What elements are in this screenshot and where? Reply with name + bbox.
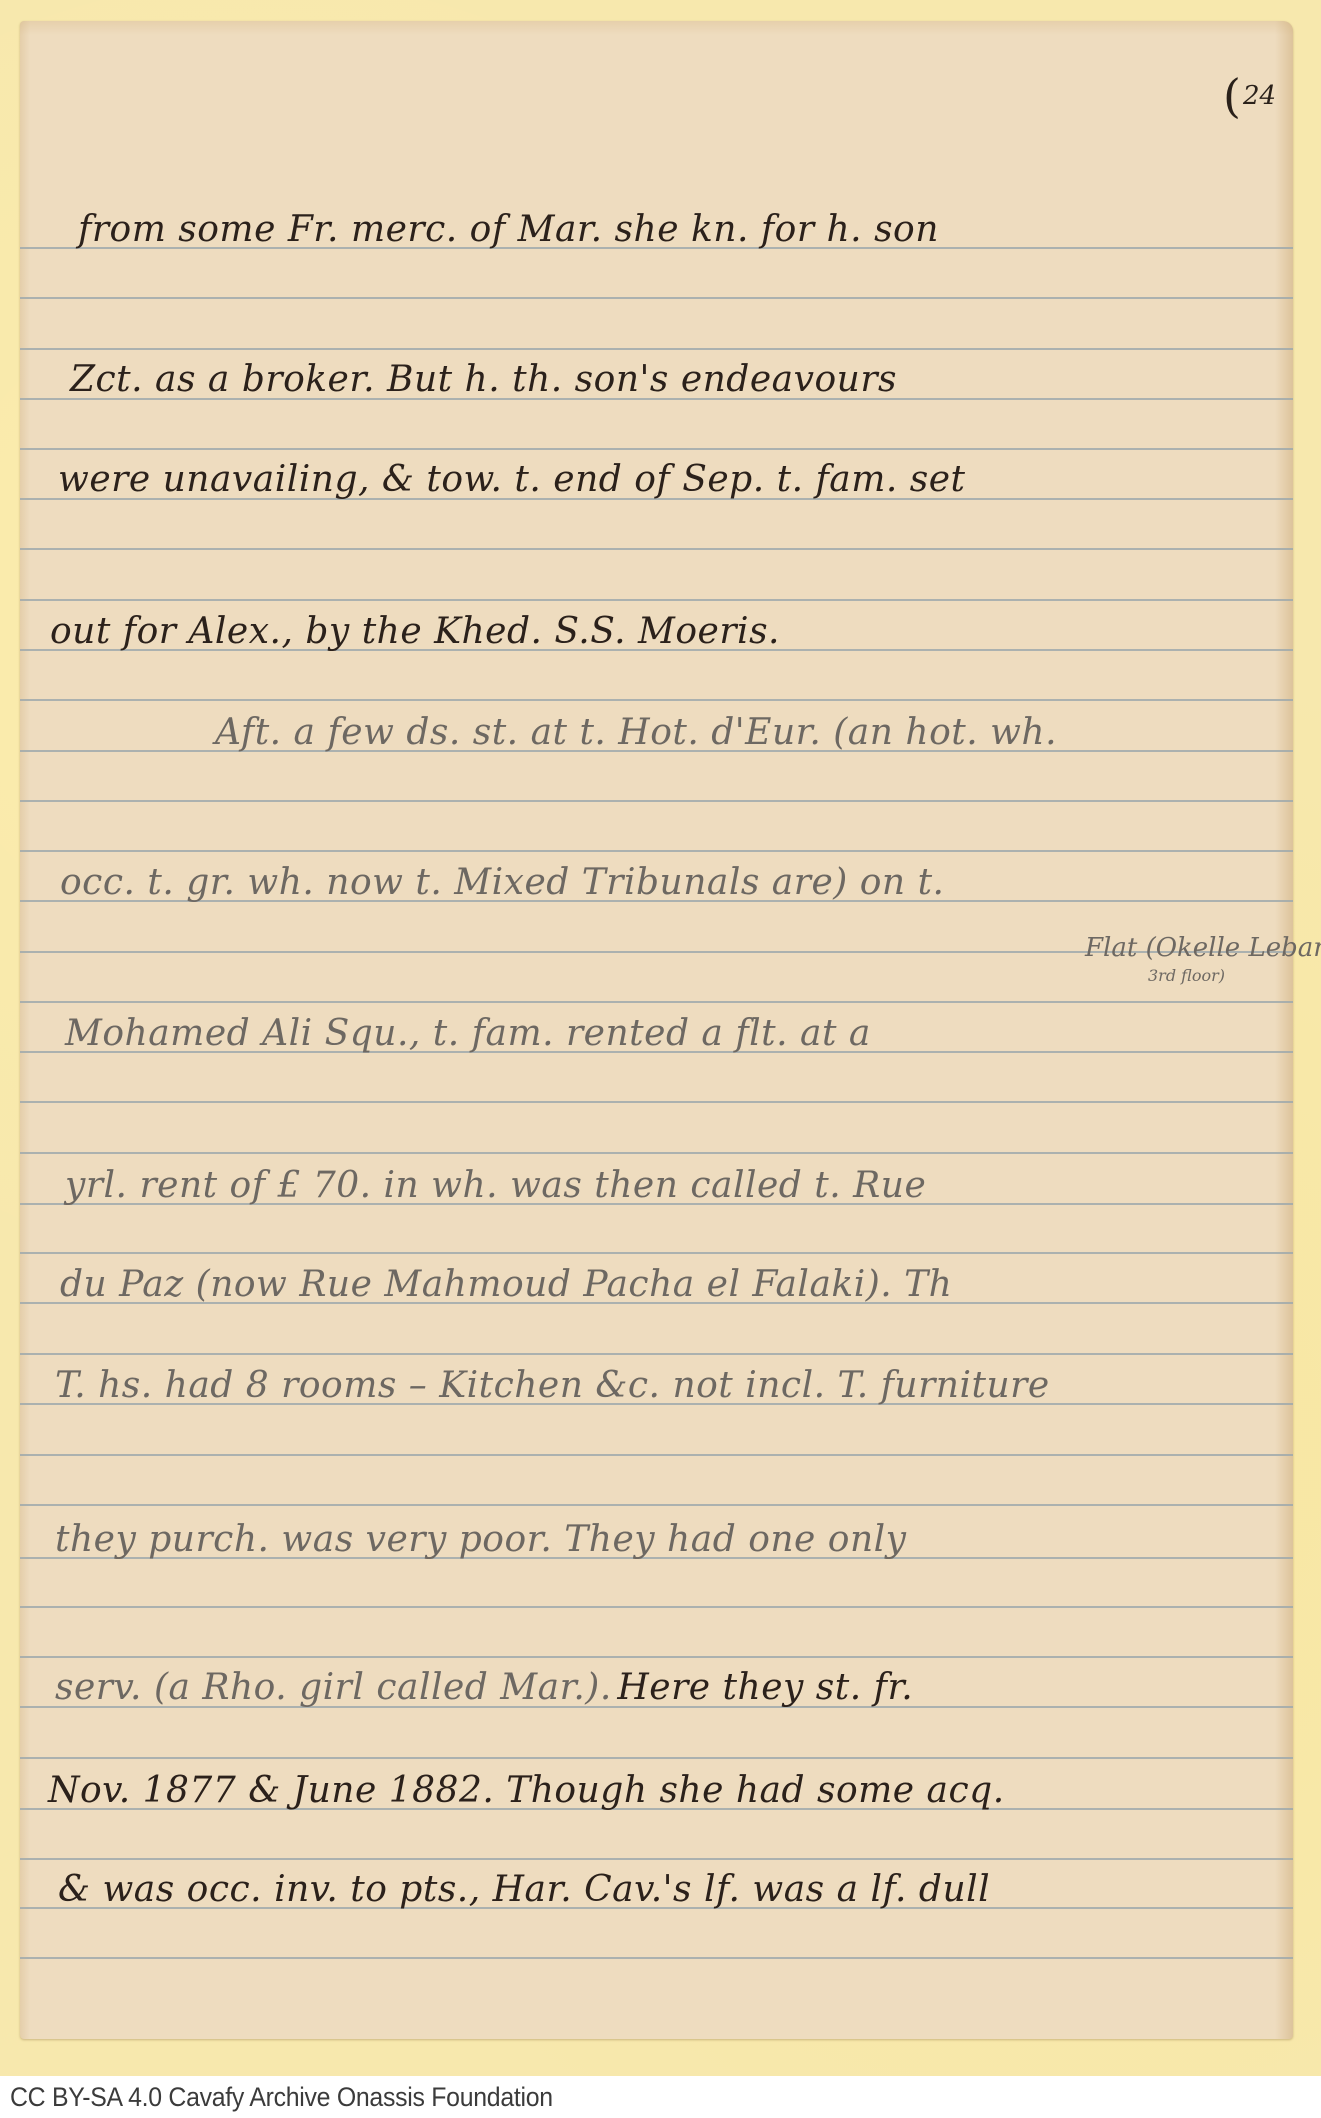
manuscript-line-9: du Paz (now Rue Mahmoud Pacha el Falaki)… <box>60 1264 952 1305</box>
license-credit: CC BY-SA 4.0 Cavafy Archive Onassis Foun… <box>10 2082 553 2113</box>
ruled-line <box>20 1252 1293 1254</box>
ruled-line <box>20 1152 1293 1154</box>
ruled-line <box>20 1957 1293 1959</box>
page-number-bracket-icon: ( <box>1223 69 1241 123</box>
ruled-line <box>20 348 1293 350</box>
manuscript-page: (24 from some Fr. merc. of Mar. she kn. … <box>20 21 1293 2039</box>
manuscript-line-8: yrl. rent of £ 70. in wh. was then calle… <box>65 1165 926 1206</box>
manuscript-line-5: Aft. a few ds. st. at t. Hot. d'Eur. (an… <box>215 712 1057 753</box>
ruled-line <box>20 1656 1293 1658</box>
manuscript-line-11: they purch. was very poor. They had one … <box>55 1519 907 1560</box>
ruled-line <box>20 297 1293 299</box>
ruled-line <box>20 699 1293 701</box>
annotation-subtext: 3rd floor) <box>1148 966 1225 985</box>
manuscript-line-7: Mohamed Ali Squ., t. fam. rented a flt. … <box>65 1013 871 1054</box>
ruled-line <box>20 1001 1293 1003</box>
manuscript-line-12-pencil: serv. (a Rho. girl called Mar.). <box>55 1667 612 1708</box>
ruled-line <box>20 599 1293 601</box>
ruled-line <box>20 1606 1293 1608</box>
manuscript-line-2: Zct. as a broker. But h. th. son's endea… <box>70 359 897 400</box>
ruled-line <box>20 1353 1293 1355</box>
footer: CC BY-SA 4.0 Cavafy Archive Onassis Foun… <box>0 2076 1321 2118</box>
ruled-line <box>20 1454 1293 1456</box>
manuscript-line-6: occ. t. gr. wh. now t. Mixed Tribunals a… <box>60 862 944 903</box>
manuscript-line-14: & was occ. inv. to pts., Har. Cav.'s lf.… <box>58 1869 990 1910</box>
manuscript-line-3: were unavailing, & tow. t. end of Sep. t… <box>58 459 966 500</box>
ruled-line <box>20 1504 1293 1506</box>
annotation-text: Flat (Okelle Lebanné <box>1085 933 1321 963</box>
ruled-line <box>20 1858 1293 1860</box>
manuscript-line-10: T. hs. had 8 rooms – Kitchen &c. not inc… <box>55 1365 1050 1406</box>
ruled-line <box>20 1757 1293 1759</box>
manuscript-line-13: Nov. 1877 & June 1882. Though she had so… <box>48 1770 1005 1811</box>
manuscript-line-1: from some Fr. merc. of Mar. she kn. for … <box>78 209 939 250</box>
manuscript-line-12: serv. (a Rho. girl called Mar.). Here th… <box>55 1667 913 1708</box>
ruled-line <box>20 548 1293 550</box>
page-number: (24 <box>1223 61 1276 115</box>
ruled-line <box>20 1101 1293 1103</box>
manuscript-line-4: out for Alex., by the Khed. S.S. Moeris. <box>50 611 780 652</box>
ruled-line <box>20 800 1293 802</box>
manuscript-line-12-ink: Here they st. fr. <box>617 1667 913 1708</box>
marginal-annotation-sub: 3rd floor) <box>1148 966 1225 985</box>
ruled-line <box>20 850 1293 852</box>
marginal-annotation: Flat (Okelle Lebanné <box>1085 933 1321 963</box>
ruled-line <box>20 448 1293 450</box>
